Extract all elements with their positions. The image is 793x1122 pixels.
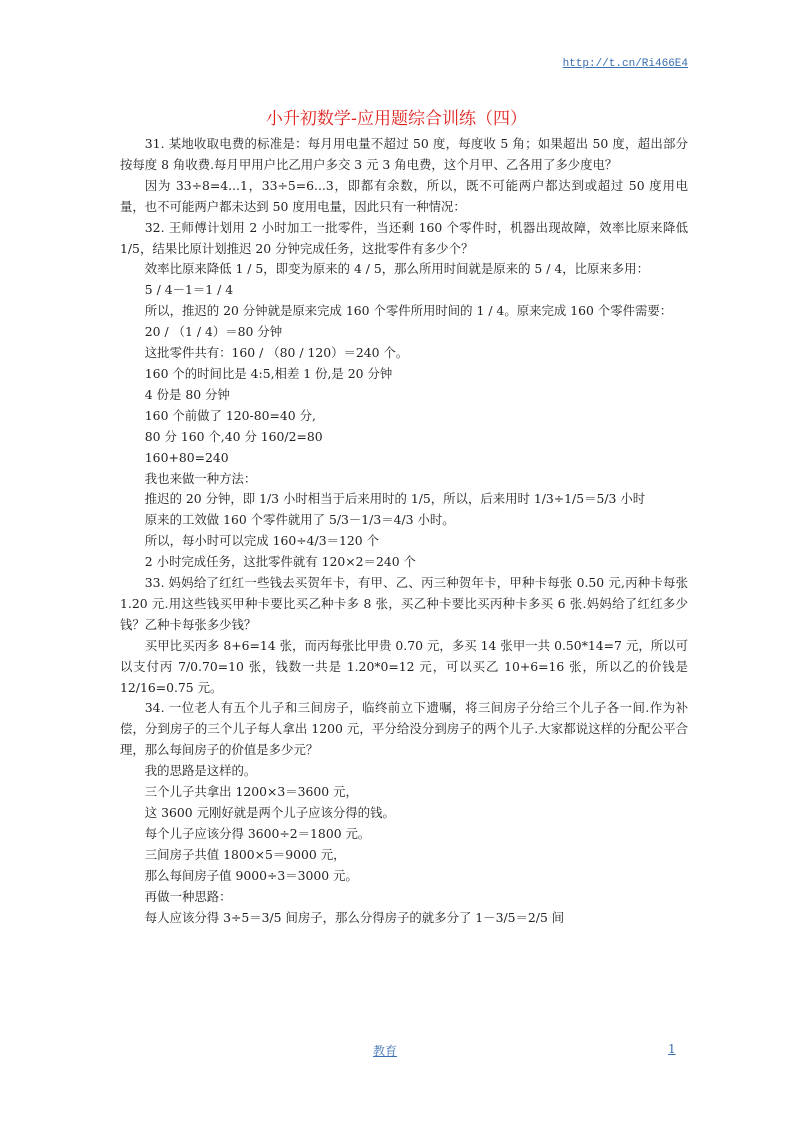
page-title: 小升初数学-应用题综合训练（四） [0,104,793,129]
paragraph: 推迟的 20 分钟，即 1/3 小时相当于后来用时的 1/5，所以，后来用时 1… [120,489,688,510]
paragraph: 所以，每小时可以完成 160÷4/3＝120 个 [120,531,688,552]
paragraph: 所以，推迟的 20 分钟就是原来完成 160 个零件所用时间的 1 / 4。原来… [120,301,688,322]
paragraph: 这批零件共有：160 / （80 / 120）＝240 个。 [120,343,688,364]
paragraph: 160+80=240 [120,448,688,469]
document-body: 31. 某地收取电费的标准是：每月用电量不超过 50 度，每度收 5 角；如果超… [120,134,688,928]
paragraph: 这 3600 元刚好就是两个儿子应该分得的钱。 [120,803,688,824]
paragraph: 4 份是 80 分钟 [120,385,688,406]
paragraph: 33. 妈妈给了红红一些钱去买贺年卡，有甲、乙、丙三种贺年卡，甲种卡每张 0.5… [120,573,688,636]
paragraph: 34. 一位老人有五个儿子和三间房子，临终前立下遗嘱，将三间房子分给三个儿子各一… [120,698,688,761]
paragraph: 20 / （1 / 4）＝80 分钟 [120,322,688,343]
paragraph: 效率比原来降低 1 / 5，即变为原来的 4 / 5，那么所用时间就是原来的 5… [120,259,688,280]
paragraph: 5 / 4－1＝1 / 4 [120,280,688,301]
page-number[interactable]: 1 [668,1042,676,1056]
header-link[interactable]: http://t.cn/Ri466E4 [560,58,688,70]
paragraph: 买甲比买丙多 8+6=14 张，而丙每张比甲贵 0.70 元，多买 14 张甲一… [120,636,688,699]
paragraph: 那么每间房子值 9000÷3＝3000 元。 [120,866,688,887]
paragraph: 32. 王师傅计划用 2 小时加工一批零件，当还剩 160 个零件时，机器出现故… [120,218,688,260]
paragraph: 160 个的时间比是 4:5,相差 1 份,是 20 分钟 [120,364,688,385]
paragraph: 每个儿子应该分得 3600÷2＝1800 元。 [120,824,688,845]
paragraph: 我也来做一种方法： [120,469,688,490]
paragraph: 三间房子共值 1800×5＝9000 元， [120,845,688,866]
footer-link[interactable]: 教育 [373,1042,397,1059]
paragraph: 2 小时完成任务，这批零件就有 120×2＝240 个 [120,552,688,573]
paragraph: 因为 33÷8=4...1，33÷5=6...3，即都有余数，所以，既不可能两户… [120,176,688,218]
paragraph: 每人应该分得 3÷5＝3/5 间房子，那么分得房子的就多分了 1－3/5＝2/5… [120,908,688,929]
paragraph: 再做一种思路： [120,887,688,908]
paragraph: 160 个前做了 120-80=40 分, [120,406,688,427]
paragraph: 31. 某地收取电费的标准是：每月用电量不超过 50 度，每度收 5 角；如果超… [120,134,688,176]
paragraph: 80 分 160 个,40 分 160/2=80 [120,427,688,448]
paragraph: 原来的工效做 160 个零件就用了 5/3－1/3＝4/3 小时。 [120,510,688,531]
paragraph: 我的思路是这样的。 [120,761,688,782]
paragraph: 三个儿子共拿出 1200×3＝3600 元， [120,782,688,803]
